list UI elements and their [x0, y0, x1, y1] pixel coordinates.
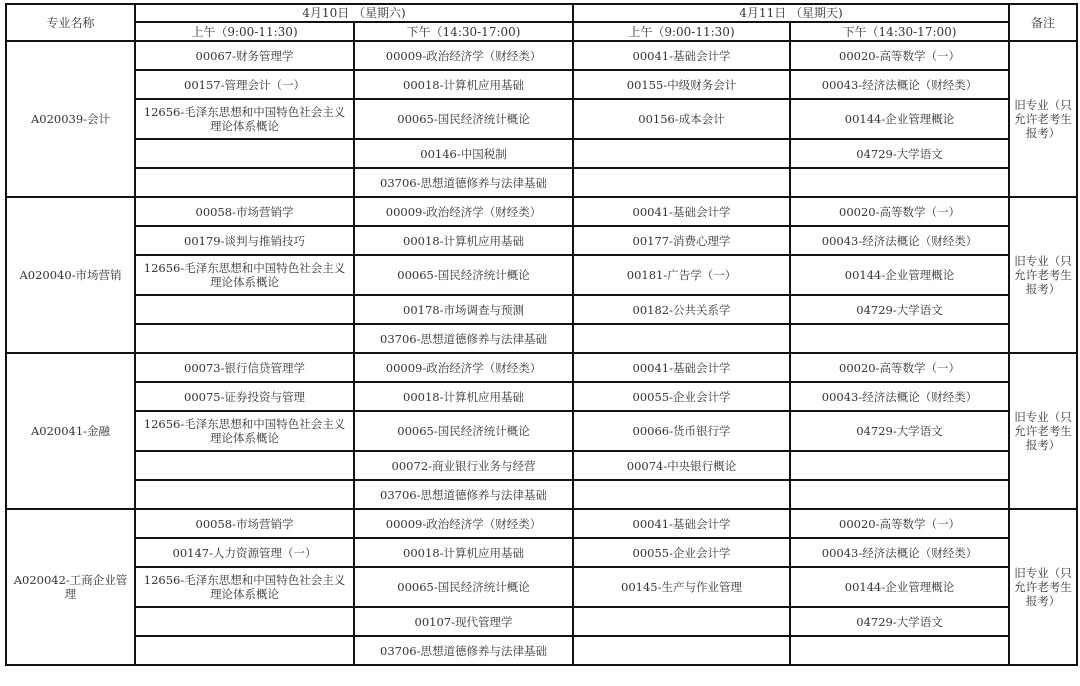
course-cell-day2-morning: 00177-消费心理学	[573, 226, 790, 255]
course-cell-day2-afternoon: 04729-大学语文	[790, 607, 1009, 636]
table-row: 00179-谈判与推销技巧00018-计算机应用基础00177-消费心理学000…	[6, 226, 1077, 255]
header-remark: 备注	[1009, 4, 1077, 41]
course-cell-day2-morning: 00041-基础会计学	[573, 509, 790, 538]
course-cell-day1-morning: 00067-财务管理学	[135, 41, 354, 70]
course-cell-day2-afternoon: 04729-大学语文	[790, 411, 1009, 451]
header-row-dates: 专业名称 4月10日 （星期六) 4月11日 （星期天) 备注	[6, 4, 1077, 22]
course-cell-day1-morning: 00179-谈判与推销技巧	[135, 226, 354, 255]
course-cell-day2-afternoon: 00043-经济法概论（财经类）	[790, 538, 1009, 567]
header-day2-morning: 上午（9:00-11:30)	[573, 22, 790, 41]
table-row: 00107-现代管理学04729-大学语文	[6, 607, 1077, 636]
table-row: 12656-毛泽东思想和中国特色社会主义理论体系概论00065-国民经济统计概论…	[6, 99, 1077, 139]
course-cell-day2-morning	[573, 324, 790, 353]
course-cell-day1-afternoon: 03706-思想道德修养与法律基础	[354, 636, 573, 665]
table-row: 03706-思想道德修养与法律基础	[6, 480, 1077, 509]
course-cell-day1-afternoon: 00065-国民经济统计概论	[354, 99, 573, 139]
course-cell-day1-morning: 00147-人力资源管理（一）	[135, 538, 354, 567]
course-cell-day2-afternoon: 00020-高等数学（一）	[790, 353, 1009, 382]
course-cell-day1-morning: 00058-市场营销学	[135, 197, 354, 226]
course-cell-day1-morning	[135, 451, 354, 480]
course-cell-day2-afternoon: 00144-企业管理概论	[790, 567, 1009, 607]
course-cell-day2-afternoon	[790, 168, 1009, 197]
course-cell-day1-morning	[135, 324, 354, 353]
course-cell-day2-afternoon: 00020-高等数学（一）	[790, 509, 1009, 538]
course-cell-day1-morning	[135, 607, 354, 636]
course-cell-day1-afternoon: 00065-国民经济统计概论	[354, 411, 573, 451]
table-row: 00146-中国税制04729-大学语文	[6, 139, 1077, 168]
exam-schedule-table: 专业名称 4月10日 （星期六) 4月11日 （星期天) 备注 上午（9:00-…	[5, 3, 1078, 666]
course-cell-day1-morning	[135, 636, 354, 665]
table-row: 00178-市场调查与预测00182-公共关系学04729-大学语文	[6, 295, 1077, 324]
header-day-2: 4月11日 （星期天)	[573, 4, 1009, 22]
table-row: 03706-思想道德修养与法律基础	[6, 324, 1077, 353]
course-cell-day2-morning	[573, 139, 790, 168]
major-name-cell: A020042-工商企业管理	[6, 509, 135, 665]
course-cell-day1-morning: 12656-毛泽东思想和中国特色社会主义理论体系概论	[135, 411, 354, 451]
course-cell-day2-afternoon	[790, 324, 1009, 353]
table-row: 00157-管理会计（一）00018-计算机应用基础00155-中级财务会计00…	[6, 70, 1077, 99]
table-row: A020042-工商企业管理00058-市场营销学00009-政治经济学（财经类…	[6, 509, 1077, 538]
table-row: 12656-毛泽东思想和中国特色社会主义理论体系概论00065-国民经济统计概论…	[6, 411, 1077, 451]
course-cell-day2-afternoon: 04729-大学语文	[790, 295, 1009, 324]
course-cell-day2-morning: 00055-企业会计学	[573, 538, 790, 567]
course-cell-day1-afternoon: 00107-现代管理学	[354, 607, 573, 636]
course-cell-day1-afternoon: 00018-计算机应用基础	[354, 70, 573, 99]
course-cell-day2-morning: 00145-生产与作业管理	[573, 567, 790, 607]
remark-cell: 旧专业（只允许老考生报考）	[1009, 197, 1077, 353]
course-cell-day2-morning: 00074-中央银行概论	[573, 451, 790, 480]
header-row-sessions: 上午（9:00-11:30) 下午（14:30-17:00) 上午（9:00-1…	[6, 22, 1077, 41]
course-cell-day1-afternoon: 00009-政治经济学（财经类）	[354, 509, 573, 538]
header-day1-afternoon: 下午（14:30-17:00)	[354, 22, 573, 41]
course-cell-day1-afternoon: 00065-国民经济统计概论	[354, 255, 573, 295]
course-cell-day2-morning: 00041-基础会计学	[573, 197, 790, 226]
course-cell-day2-afternoon	[790, 480, 1009, 509]
course-cell-day1-afternoon: 00018-计算机应用基础	[354, 226, 573, 255]
table-row: 00072-商业银行业务与经营00074-中央银行概论	[6, 451, 1077, 480]
major-name-cell: A020039-会计	[6, 41, 135, 197]
course-cell-day2-morning	[573, 480, 790, 509]
table-row: 12656-毛泽东思想和中国特色社会主义理论体系概论00065-国民经济统计概论…	[6, 255, 1077, 295]
table-row: A020040-市场营销00058-市场营销学00009-政治经济学（财经类）0…	[6, 197, 1077, 226]
course-cell-day1-afternoon: 03706-思想道德修养与法律基础	[354, 324, 573, 353]
course-cell-day2-afternoon: 00043-经济法概论（财经类）	[790, 226, 1009, 255]
header-day1-morning: 上午（9:00-11:30)	[135, 22, 354, 41]
table-row: A020039-会计00067-财务管理学00009-政治经济学（财经类）000…	[6, 41, 1077, 70]
course-cell-day2-afternoon: 00020-高等数学（一）	[790, 41, 1009, 70]
table-row: 03706-思想道德修养与法律基础	[6, 168, 1077, 197]
course-cell-day1-afternoon: 03706-思想道德修养与法律基础	[354, 480, 573, 509]
course-cell-day1-afternoon: 03706-思想道德修养与法律基础	[354, 168, 573, 197]
course-cell-day2-morning: 00155-中级财务会计	[573, 70, 790, 99]
course-cell-day1-morning	[135, 168, 354, 197]
course-cell-day1-morning	[135, 480, 354, 509]
course-cell-day2-afternoon: 00020-高等数学（一）	[790, 197, 1009, 226]
course-cell-day2-afternoon: 00043-经济法概论（财经类）	[790, 382, 1009, 411]
header-day-1: 4月10日 （星期六)	[135, 4, 573, 22]
course-cell-day1-afternoon: 00018-计算机应用基础	[354, 382, 573, 411]
course-cell-day2-morning: 00041-基础会计学	[573, 353, 790, 382]
course-cell-day1-afternoon: 00009-政治经济学（财经类）	[354, 41, 573, 70]
course-cell-day1-afternoon: 00018-计算机应用基础	[354, 538, 573, 567]
course-cell-day1-afternoon: 00065-国民经济统计概论	[354, 567, 573, 607]
course-cell-day2-afternoon	[790, 451, 1009, 480]
course-cell-day1-afternoon: 00178-市场调查与预测	[354, 295, 573, 324]
course-cell-day1-afternoon: 00009-政治经济学（财经类）	[354, 353, 573, 382]
remark-cell: 旧专业（只允许老考生报考）	[1009, 41, 1077, 197]
remark-cell: 旧专业（只允许老考生报考）	[1009, 353, 1077, 509]
course-cell-day1-morning	[135, 295, 354, 324]
course-cell-day2-afternoon: 00043-经济法概论（财经类）	[790, 70, 1009, 99]
course-cell-day1-morning: 12656-毛泽东思想和中国特色社会主义理论体系概论	[135, 255, 354, 295]
course-cell-day1-morning: 12656-毛泽东思想和中国特色社会主义理论体系概论	[135, 99, 354, 139]
course-cell-day2-morning: 00055-企业会计学	[573, 382, 790, 411]
remark-cell: 旧专业（只允许老考生报考）	[1009, 509, 1077, 665]
course-cell-day2-afternoon: 00144-企业管理概论	[790, 99, 1009, 139]
table-row: 12656-毛泽东思想和中国特色社会主义理论体系概论00065-国民经济统计概论…	[6, 567, 1077, 607]
course-cell-day2-morning: 00182-公共关系学	[573, 295, 790, 324]
course-cell-day2-morning: 00041-基础会计学	[573, 41, 790, 70]
major-name-cell: A020040-市场营销	[6, 197, 135, 353]
course-cell-day1-afternoon: 00072-商业银行业务与经营	[354, 451, 573, 480]
course-cell-day2-morning: 00156-成本会计	[573, 99, 790, 139]
course-cell-day2-afternoon: 00144-企业管理概论	[790, 255, 1009, 295]
course-cell-day1-morning	[135, 139, 354, 168]
table-row: A020041-金融00073-银行信贷管理学00009-政治经济学（财经类）0…	[6, 353, 1077, 382]
course-cell-day2-morning	[573, 168, 790, 197]
course-cell-day1-morning: 00073-银行信贷管理学	[135, 353, 354, 382]
table-row: 00075-证券投资与管理00018-计算机应用基础00055-企业会计学000…	[6, 382, 1077, 411]
course-cell-day2-morning	[573, 607, 790, 636]
table-row: 00147-人力资源管理（一）00018-计算机应用基础00055-企业会计学0…	[6, 538, 1077, 567]
course-cell-day2-afternoon	[790, 636, 1009, 665]
table-row: 03706-思想道德修养与法律基础	[6, 636, 1077, 665]
header-major-name: 专业名称	[6, 4, 135, 41]
course-cell-day1-morning: 00075-证券投资与管理	[135, 382, 354, 411]
header-day2-afternoon: 下午（14:30-17:00)	[790, 22, 1009, 41]
course-cell-day1-morning: 00157-管理会计（一）	[135, 70, 354, 99]
major-name-cell: A020041-金融	[6, 353, 135, 509]
course-cell-day2-afternoon: 04729-大学语文	[790, 139, 1009, 168]
course-cell-day1-afternoon: 00009-政治经济学（财经类）	[354, 197, 573, 226]
course-cell-day1-morning: 00058-市场营销学	[135, 509, 354, 538]
course-cell-day2-morning: 00066-货币银行学	[573, 411, 790, 451]
course-cell-day2-morning	[573, 636, 790, 665]
course-cell-day2-morning: 00181-广告学（一）	[573, 255, 790, 295]
course-cell-day1-morning: 12656-毛泽东思想和中国特色社会主义理论体系概论	[135, 567, 354, 607]
course-cell-day1-afternoon: 00146-中国税制	[354, 139, 573, 168]
